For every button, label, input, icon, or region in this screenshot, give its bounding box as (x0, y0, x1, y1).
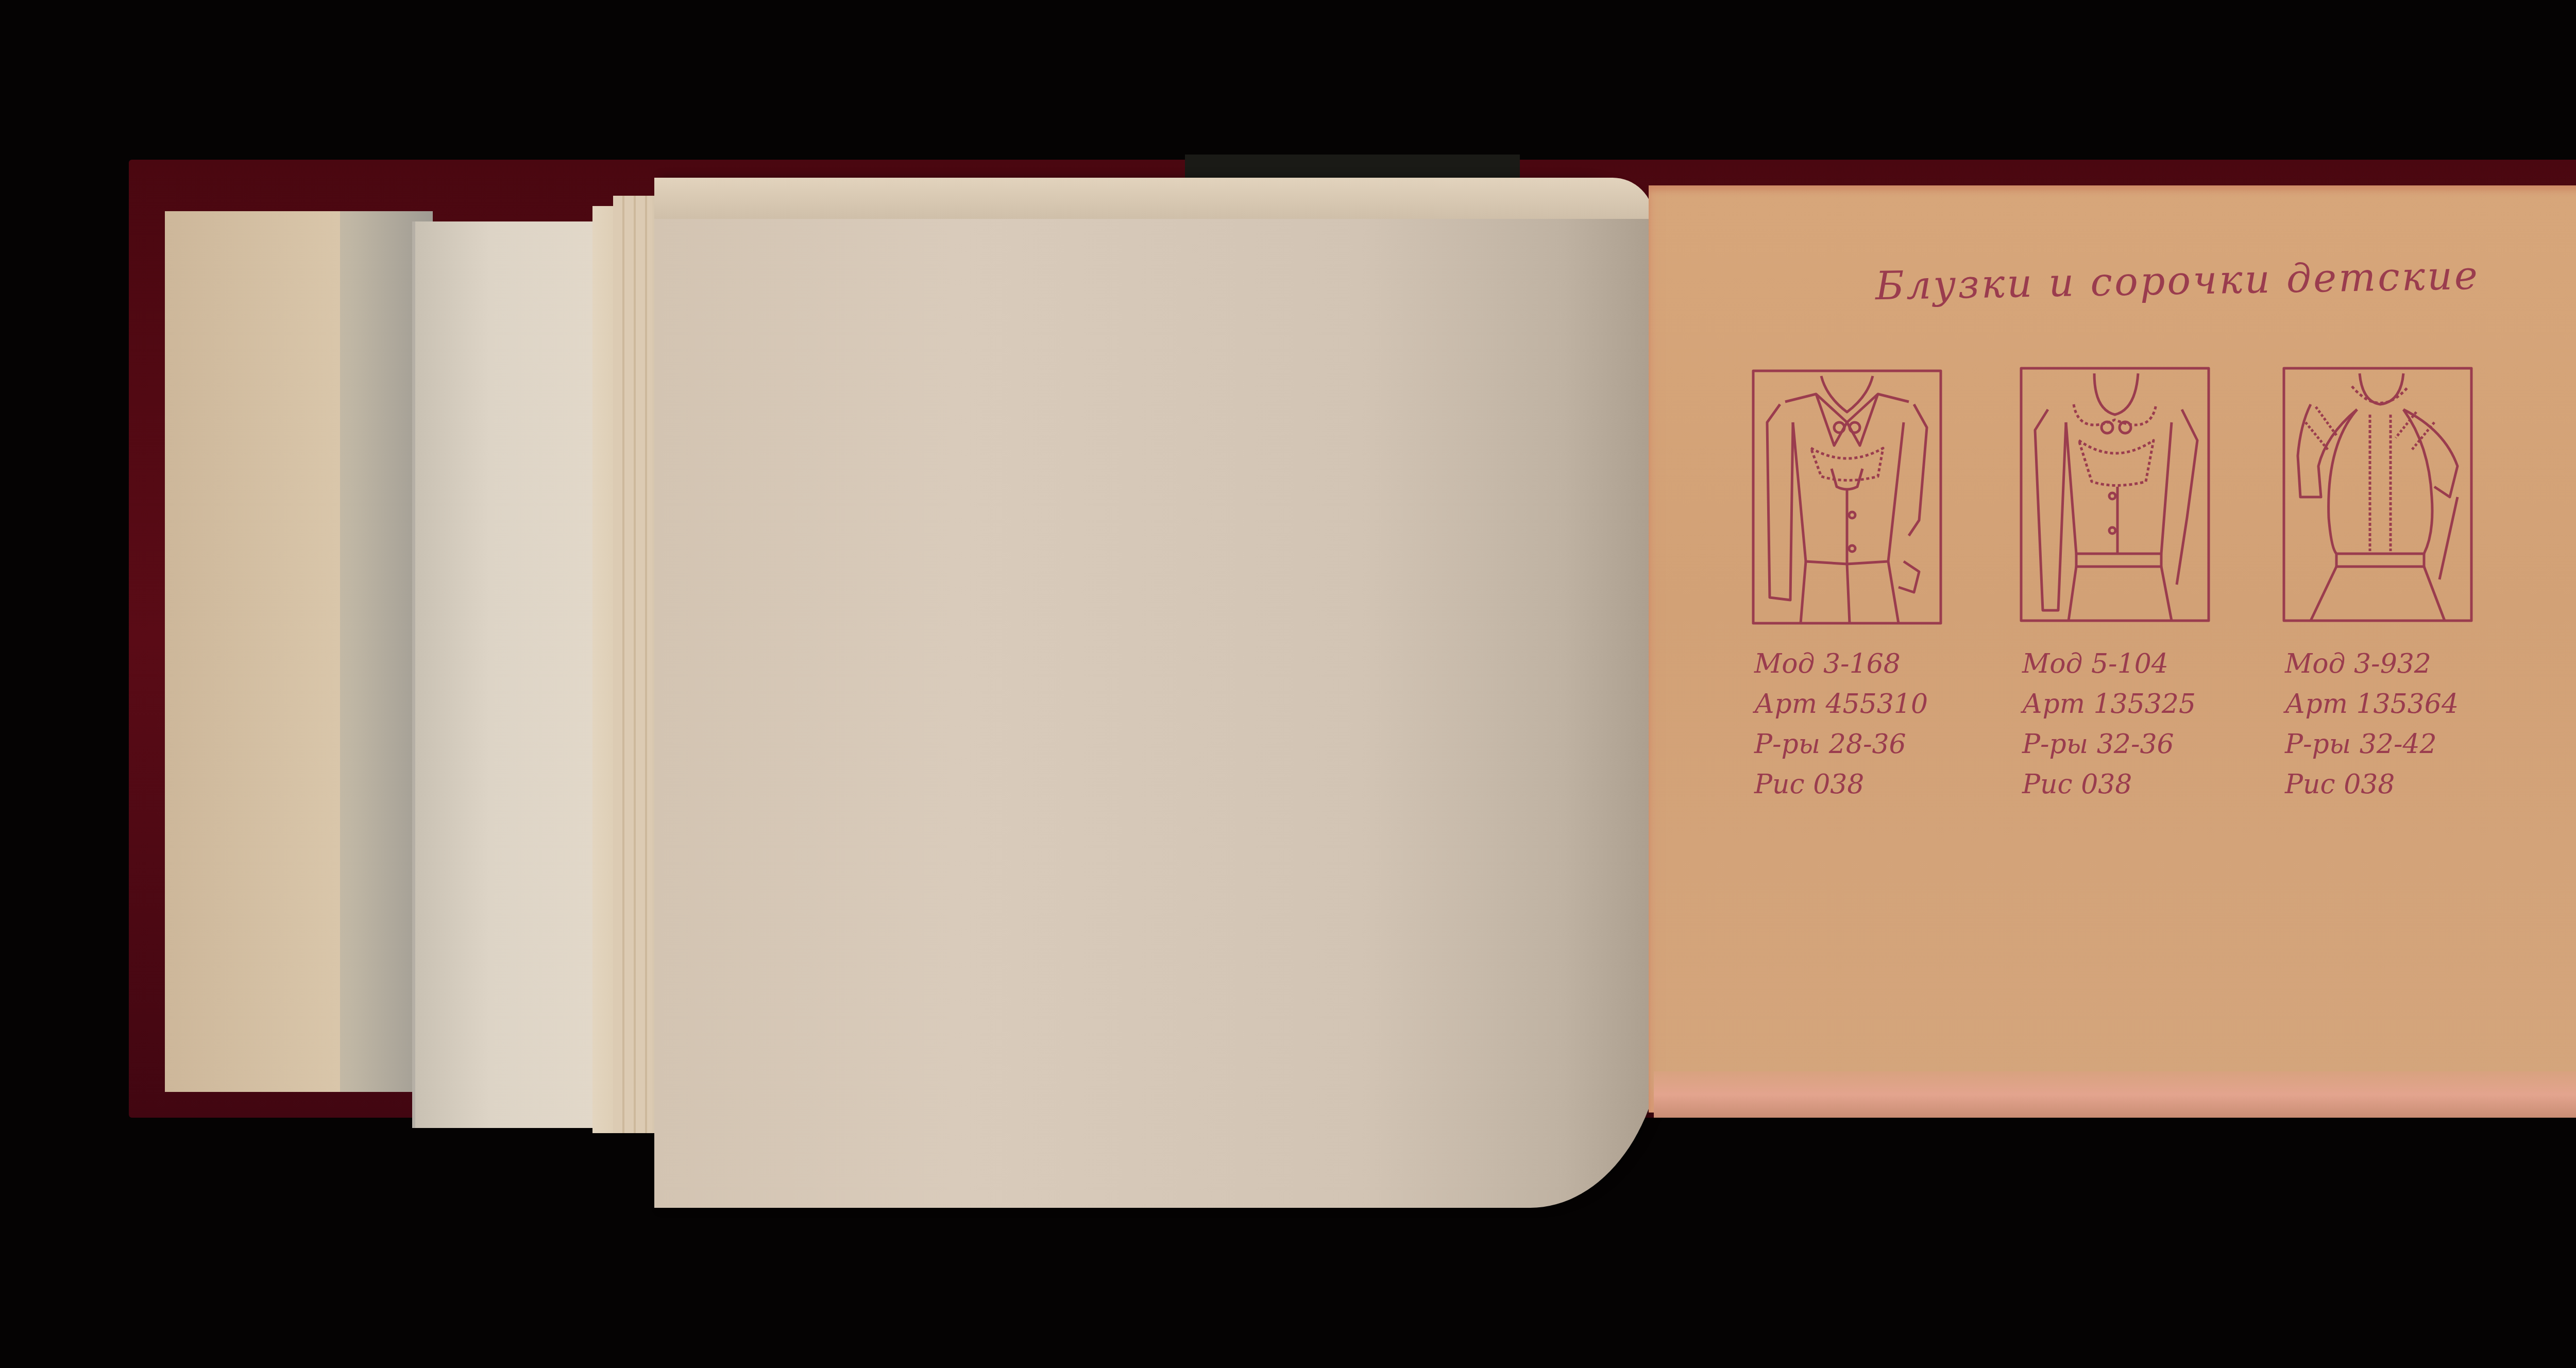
pattern-number: Рис 038 (2285, 764, 2501, 805)
pattern-number: Рис 038 (1754, 764, 1971, 805)
pattern-number: Рис 038 (2022, 764, 2239, 805)
size-range: Р-ры 28-36 (1754, 724, 1971, 764)
model-number: Мод 3-932 (2285, 644, 2501, 684)
curled-page-top-edge (654, 178, 1654, 219)
curled-blank-page[interactable] (654, 178, 1664, 1208)
model-number: Мод 3-168 (1754, 644, 1971, 684)
model-specs: Мод 3-932 Арт 135364 Р-ры 32-42 Рис 038 (2285, 644, 2501, 805)
blouse-sketch-icon (2280, 363, 2476, 626)
endpaper-left (165, 211, 340, 1092)
model-number: Мод 5-104 (2022, 644, 2239, 684)
blouse-sketch-icon (1749, 366, 1945, 628)
article-number: Арт 455310 (1754, 684, 1971, 724)
right-page-stack (1654, 1071, 2576, 1118)
model-specs: Мод 3-168 Арт 455310 Р-ры 28-36 Рис 038 (1754, 644, 1971, 805)
blouse-sketch-icon (2017, 363, 2213, 626)
size-range: Р-ры 32-42 (2285, 724, 2501, 764)
model-specs: Мод 5-104 Арт 135325 Р-ры 32-36 Рис 038 (2022, 644, 2239, 805)
article-number: Арт 135364 (2285, 684, 2501, 724)
size-range: Р-ры 32-36 (2022, 724, 2239, 764)
blank-leaf[interactable] (412, 221, 601, 1128)
article-number: Арт 135325 (2022, 684, 2239, 724)
